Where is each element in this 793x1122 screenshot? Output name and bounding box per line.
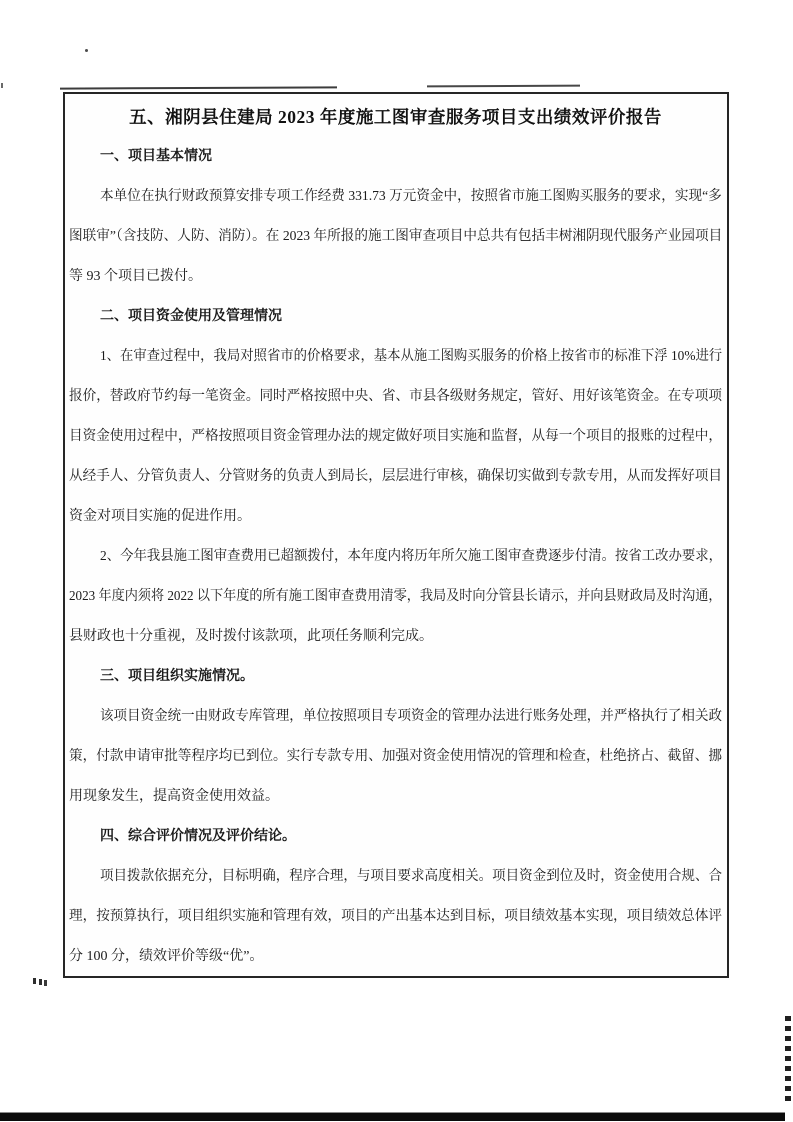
report-text-line: 项目拨款依据充分，目标明确，程序合理，与项目要求高度相关。项目资金到位及时，资金… (69, 857, 722, 897)
line-text: 三、项目组织实施情况。 (100, 657, 254, 697)
line-text: 分 100 分，绩效评价等级“优”。 (69, 937, 263, 977)
line-text: 项目拨款依据充分，目标明确，程序合理，与项目要求高度相关。项目资金到位及时，资金… (100, 857, 722, 897)
report-text-line: 一、项目基本情况 (69, 137, 722, 177)
report-text-line: 该项目资金统一由财政专库管理，单位按照项目专项资金的管理办法进行账务处理，并严格… (69, 697, 722, 737)
document-page: 五、湘阴县住建局 2023 年度施工图审查服务项目支出绩效评价报告 一、项目基本… (0, 0, 793, 1122)
report-text-line: 四、综合评价情况及评价结论。 (69, 817, 722, 857)
report-border-box: 五、湘阴县住建局 2023 年度施工图审查服务项目支出绩效评价报告 一、项目基本… (63, 92, 729, 978)
line-text: 策，付款申请审批等程序均已到位。实行专款专用、加强对资金使用情况的管理和检查，杜… (69, 737, 722, 777)
report-text-line: 三、项目组织实施情况。 (69, 657, 722, 697)
report-text-line: 本单位在执行财政预算安排专项工作经费 331.73 万元资金中，按照省市施工图购… (69, 177, 722, 217)
report-text-line: 县财政也十分重视，及时拨付该款项，此项任务顺利完成。 (69, 617, 722, 657)
report-text-line: 策，付款申请审批等程序均已到位。实行专款专用、加强对资金使用情况的管理和检查，杜… (69, 737, 722, 777)
line-text: 资金对项目实施的促进作用。 (69, 497, 251, 537)
report-text-line: 图联审”（含技防、人防、消防）。在 2023 年所报的施工图审查项目中总共有包括… (69, 217, 722, 257)
report-text-line: 等 93 个项目已拨付。 (69, 257, 722, 297)
report-text-line: 目资金使用过程中，严格按照项目资金管理办法的规定做好项目实施和监督，从每一个项目… (69, 417, 722, 457)
line-text: 等 93 个项目已拨付。 (69, 257, 202, 297)
report-text-line: 2、今年我县施工图审查费用已超额拨付，本年度内将历年所欠施工图审查费逐步付清。按… (69, 537, 722, 577)
report-text-line: 2023 年度内须将 2022 以下年度的所有施工图审查费用清零，我局及时向分管… (69, 577, 722, 617)
line-text: 图联审”（含技防、人防、消防）。在 2023 年所报的施工图审查项目中总共有包括… (69, 217, 722, 257)
scan-mark-bottom-left (33, 978, 36, 984)
report-title: 五、湘阴县住建局 2023 年度施工图审查服务项目支出绩效评价报告 (69, 103, 722, 137)
line-text: 该项目资金统一由财政专库管理，单位按照项目专项资金的管理办法进行账务处理，并严格… (100, 697, 722, 737)
report-text-line: 用现象发生，提高资金使用效益。 (69, 777, 722, 817)
scan-speck-icon (1, 83, 3, 88)
line-text: 2、今年我县施工图审查费用已超额拨付，本年度内将历年所欠施工图审查费逐步付清。按… (100, 537, 722, 577)
report-text-line: 1、在审查过程中，我局对照省市的价格要求，基本从施工图购买服务的价格上按省市的标… (69, 337, 722, 377)
line-text: 县财政也十分重视，及时拨付该款项，此项任务顺利完成。 (69, 617, 433, 657)
report-text-line: 资金对项目实施的促进作用。 (69, 497, 722, 537)
line-text: 四、综合评价情况及评价结论。 (100, 817, 296, 857)
scan-bottom-edge-bar (0, 1113, 785, 1121)
line-text: 本单位在执行财政预算安排专项工作经费 331.73 万元资金中，按照省市施工图购… (100, 177, 722, 217)
report-text-line: 从经手人、分管负责人、分管财务的负责人到局长，层层进行审核，确保切实做到专款专用… (69, 457, 722, 497)
report-body: 一、项目基本情况本单位在执行财政预算安排专项工作经费 331.73 万元资金中，… (69, 137, 722, 977)
line-text: 2023 年度内须将 2022 以下年度的所有施工图审查费用清零，我局及时向分管… (69, 577, 722, 617)
report-text-line: 二、项目资金使用及管理情况 (69, 297, 722, 337)
report-text-line: 分 100 分，绩效评价等级“优”。 (69, 937, 722, 977)
line-text: 一、项目基本情况 (100, 137, 212, 177)
report-text-line: 理，按预算执行，项目组织实施和管理有效，项目的产出基本达到目标，项目绩效基本实现… (69, 897, 722, 937)
scan-edge-marks (785, 1016, 791, 1104)
line-text: 理，按预算执行，项目组织实施和管理有效，项目的产出基本达到目标，项目绩效基本实现… (69, 897, 722, 937)
report-text-line: 报价，替政府节约每一笔资金。同时严格按照中央、省、市县各级财务规定，管好、用好该… (69, 377, 722, 417)
line-text: 1、在审查过程中，我局对照省市的价格要求，基本从施工图购买服务的价格上按省市的标… (100, 337, 722, 377)
scan-speck-icon (85, 49, 88, 52)
line-text: 目资金使用过程中，严格按照项目资金管理办法的规定做好项目实施和监督，从每一个项目… (69, 417, 722, 457)
line-text: 二、项目资金使用及管理情况 (100, 297, 282, 337)
line-text: 用现象发生，提高资金使用效益。 (69, 777, 279, 817)
line-text: 报价，替政府节约每一笔资金。同时严格按照中央、省、市县各级财务规定，管好、用好该… (69, 377, 722, 417)
line-text: 从经手人、分管负责人、分管财务的负责人到局长，层层进行审核，确保切实做到专款专用… (69, 457, 722, 497)
scan-line-artifact (427, 85, 580, 88)
scan-line-artifact (60, 86, 337, 89)
